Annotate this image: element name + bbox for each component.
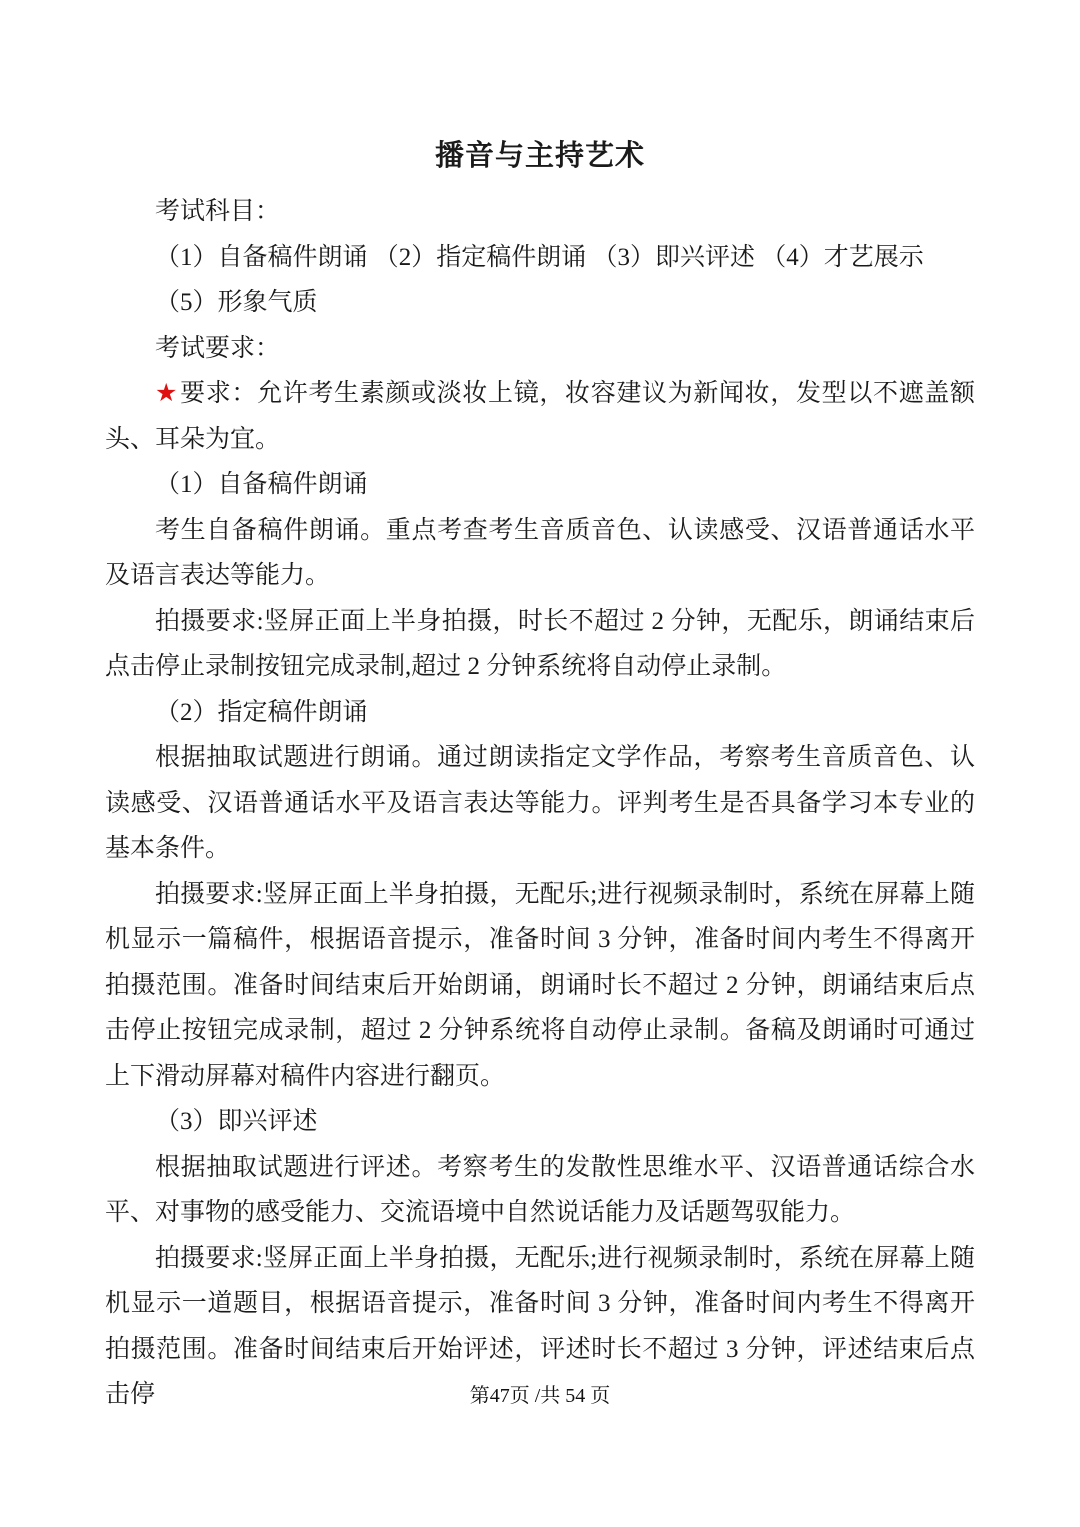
section-2-description: 根据抽取试题进行朗诵。通过朗读指定文学作品，考察考生音质音色、认读感受、汉语普通… bbox=[105, 735, 975, 872]
section-1-heading: （1）自备稿件朗诵 bbox=[105, 462, 975, 508]
document-page: 播音与主持艺术 考试科目： （1）自备稿件朗诵 （2）指定稿件朗诵 （3）即兴评… bbox=[0, 0, 1080, 1527]
section-1-shooting-requirements: 拍摄要求:竖屏正面上半身拍摄，时长不超过 2 分钟，无配乐，朗诵结束后点击停止录… bbox=[105, 599, 975, 690]
exam-requirements-label: 考试要求： bbox=[105, 326, 975, 372]
page-number: 第47页 /共 54 页 bbox=[470, 1385, 611, 1407]
section-3-heading: （3）即兴评述 bbox=[105, 1099, 975, 1145]
section-2-shooting-requirements: 拍摄要求:竖屏正面上半身拍摄，无配乐;进行视频录制时，系统在屏幕上随机显示一篇稿… bbox=[105, 872, 975, 1100]
section-2-heading: （2）指定稿件朗诵 bbox=[105, 690, 975, 736]
exam-subjects-label: 考试科目： bbox=[105, 189, 975, 235]
section-3-description: 根据抽取试题进行评述。考察考生的发散性思维水平、汉语普通话综合水平、对事物的感受… bbox=[105, 1145, 975, 1236]
subjects-line-2: （5）形象气质 bbox=[105, 280, 975, 326]
page-footer: 第47页 /共 54 页 bbox=[0, 1383, 1080, 1409]
star-icon: ★ bbox=[155, 380, 178, 407]
star-requirement-paragraph: ★要求：允许考生素颜或淡妆上镜，妆容建议为新闻妆，发型以不遮盖额头、耳朵为宜。 bbox=[105, 371, 975, 462]
star-requirement-text: 要求：允许考生素颜或淡妆上镜，妆容建议为新闻妆，发型以不遮盖额头、耳朵为宜。 bbox=[105, 380, 975, 453]
page-title: 播音与主持艺术 bbox=[105, 136, 975, 176]
subjects-line-1: （1）自备稿件朗诵 （2）指定稿件朗诵 （3）即兴评述 （4）才艺展示 bbox=[105, 235, 975, 281]
section-1-description: 考生自备稿件朗诵。重点考查考生音质音色、认读感受、汉语普通话水平及语言表达等能力… bbox=[105, 508, 975, 599]
